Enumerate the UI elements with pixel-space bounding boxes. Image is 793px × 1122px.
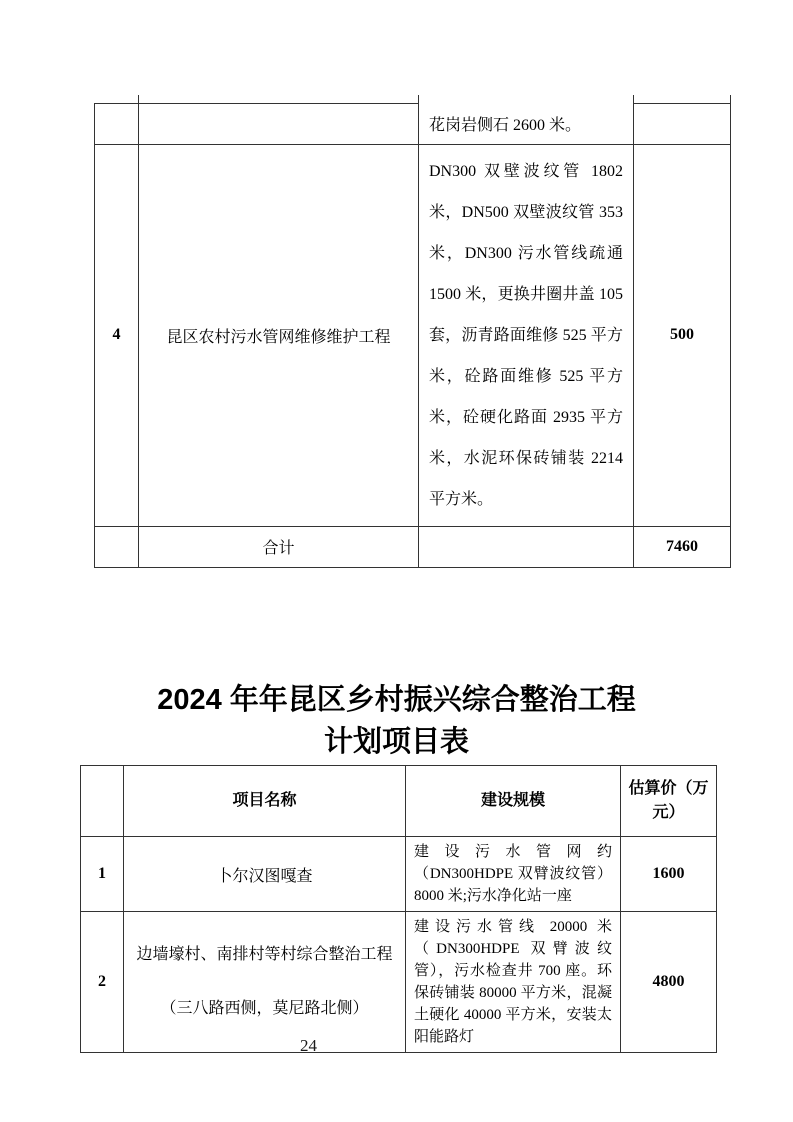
cell-construction-scale: 建设污水管网约（DN300HDPE 双臂波纹管）8000 米;污水净化站一座 <box>406 837 621 912</box>
table-row: 2 边墙壕村、南排村等村综合整治工程 （三八路西侧，莫尼路北侧） 建设污水管线 … <box>81 912 717 1053</box>
table-row: 4 昆区农村污水管网维修维护工程 DN300 双壁波纹管 1802 米，DN50… <box>95 144 731 526</box>
page-number: 24 <box>300 1036 317 1056</box>
cell-estimated-price <box>634 103 731 144</box>
header-cell-number <box>81 766 124 837</box>
cell-construction-scale <box>419 526 634 567</box>
stub-cell <box>634 95 731 103</box>
header-cell-construction-scale: 建设规模 <box>406 766 621 837</box>
table-row-partial: 花岗岩侧石 2600 米。 <box>95 103 731 144</box>
cell-construction-scale: DN300 双壁波纹管 1802 米，DN500 双壁波纹管 353 米，DN3… <box>419 144 634 526</box>
table-row-total: 合计 7460 <box>95 526 731 567</box>
stub-cell <box>419 95 634 103</box>
project-name-line2: （三八路西侧，莫尼路北侧） <box>130 997 399 1021</box>
cell-row-number <box>95 103 139 144</box>
cell-estimated-price: 1600 <box>621 837 717 912</box>
header-cell-estimated-price: 估算价（万元） <box>621 766 717 837</box>
cell-row-number <box>95 526 139 567</box>
cell-row-number: 1 <box>81 837 124 912</box>
table-row-stub <box>95 95 731 103</box>
cell-estimated-price: 4800 <box>621 912 717 1053</box>
page-title: 2024 年年昆区乡村振兴综合整治工程 计划项目表 <box>0 679 793 763</box>
stub-cell <box>139 95 419 103</box>
project-table-continuation: 花岗岩侧石 2600 米。 4 昆区农村污水管网维修维护工程 DN300 双壁波… <box>94 95 731 568</box>
page-title-line1: 2024 年年昆区乡村振兴综合整治工程 <box>0 679 793 721</box>
cell-total-price: 7460 <box>634 526 731 567</box>
cell-construction-scale: 建设污水管线 20000 米（DN300HDPE 双臂波纹管），污水检查井 70… <box>406 912 621 1053</box>
table-header-row: 项目名称 建设规模 估算价（万元） <box>81 766 717 837</box>
plan-project-table: 项目名称 建设规模 估算价（万元） 1 卜尔汉图嘎查 建设污水管网约（DN300… <box>80 765 717 1053</box>
project-name-gap <box>130 973 399 991</box>
cell-project-name <box>139 103 419 144</box>
project-name-line1: 边墙壕村、南排村等村综合整治工程 <box>130 943 399 967</box>
stub-cell <box>95 95 139 103</box>
header-cell-project-name: 项目名称 <box>124 766 406 837</box>
document-page: 花岗岩侧石 2600 米。 4 昆区农村污水管网维修维护工程 DN300 双壁波… <box>0 0 793 1122</box>
cell-total-label: 合计 <box>139 526 419 567</box>
cell-estimated-price: 500 <box>634 144 731 526</box>
cell-row-number: 2 <box>81 912 124 1053</box>
table-row: 1 卜尔汉图嘎查 建设污水管网约（DN300HDPE 双臂波纹管）8000 米;… <box>81 837 717 912</box>
cell-construction-scale: 花岗岩侧石 2600 米。 <box>419 103 634 144</box>
cell-project-name: 卜尔汉图嘎查 <box>124 837 406 912</box>
cell-project-name: 边墙壕村、南排村等村综合整治工程 （三八路西侧，莫尼路北侧） <box>124 912 406 1053</box>
cell-project-name: 昆区农村污水管网维修维护工程 <box>139 144 419 526</box>
page-title-line2: 计划项目表 <box>0 721 793 763</box>
cell-row-number: 4 <box>95 144 139 526</box>
